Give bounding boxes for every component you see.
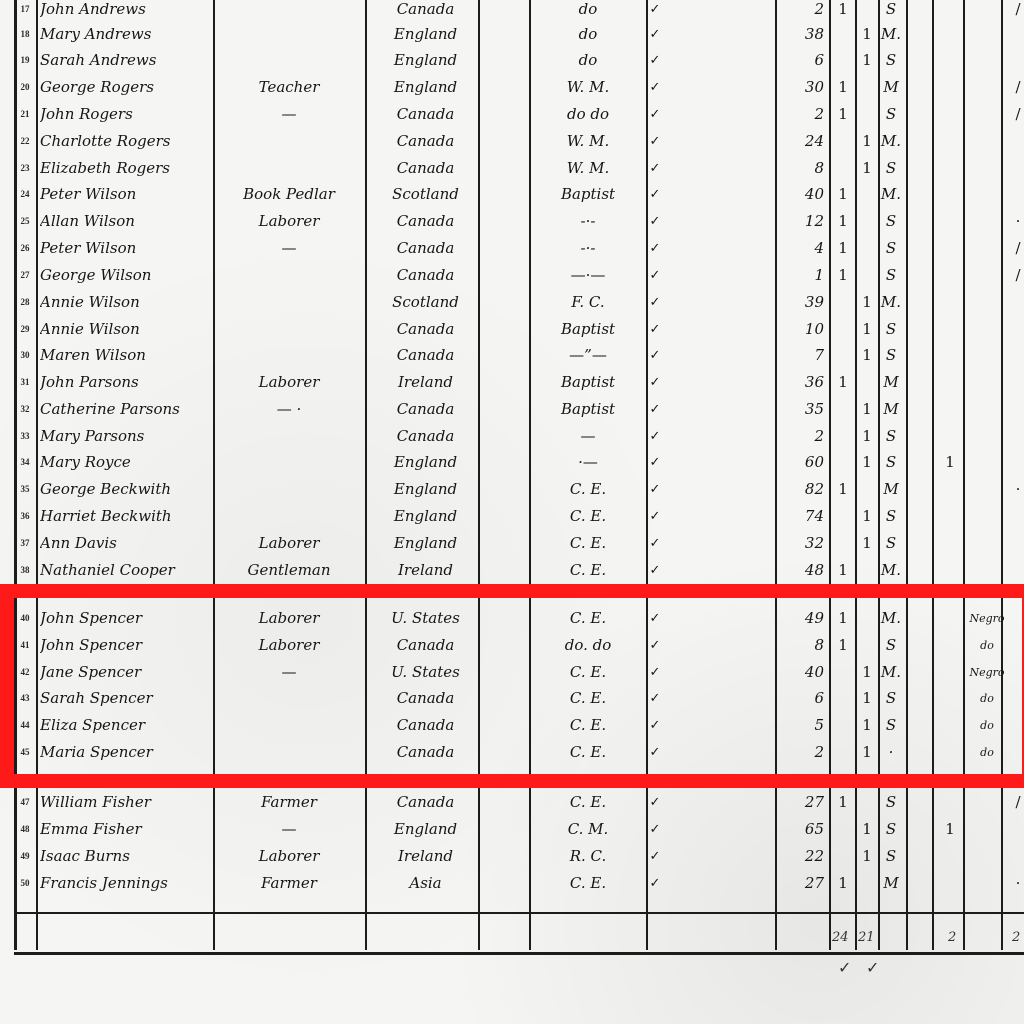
occupation-cell [214, 0, 364, 23]
female-tally-cell [856, 208, 878, 235]
name-cell: Peter Wilson [40, 181, 212, 208]
line-number-cell: 20 [16, 74, 34, 101]
female-tally-cell: 1 [856, 739, 878, 766]
male-tally-cell [832, 739, 854, 766]
edge-mark-cell: / [1012, 101, 1024, 128]
occupation-cell: Laborer [214, 530, 364, 557]
female-tally-cell: 1 [856, 843, 878, 870]
occupation-cell: Book Pedlar [214, 181, 364, 208]
name-cell: John Spencer [40, 632, 212, 659]
table-row: 50Francis JenningsFarmerAsiaC. E.✓271M· [0, 870, 1024, 897]
marital-status-cell: M. [880, 557, 902, 584]
name-cell: George Rogers [40, 74, 212, 101]
edge-mark-cell [1012, 843, 1024, 870]
line-number-cell: 40 [16, 605, 34, 632]
line-number-cell: 32 [16, 396, 34, 423]
table-row: 19Sarah AndrewsEnglanddo✓61S [0, 47, 1024, 74]
religion-cell: do do [532, 101, 644, 128]
edge-mark-cell [1012, 685, 1024, 712]
name-cell: Eliza Spencer [40, 712, 212, 739]
column-10-cell [935, 605, 965, 632]
check-mark-cell: ✓ [648, 605, 662, 632]
name-cell: Jane Spencer [40, 659, 212, 686]
origin-cell [967, 449, 1007, 476]
column-10-cell: 1 [935, 816, 965, 843]
line-number-cell: 37 [16, 530, 34, 557]
origin-cell [967, 47, 1007, 74]
female-tally-cell: 1 [856, 503, 878, 530]
male-tally-cell: 1 [832, 557, 854, 584]
edge-mark-cell [1012, 128, 1024, 155]
line-number-cell: 50 [16, 870, 34, 897]
column-10-cell [935, 423, 965, 450]
name-cell: George Wilson [40, 262, 212, 289]
female-tally-cell [856, 101, 878, 128]
origin-cell [967, 155, 1007, 182]
female-tally-cell [856, 262, 878, 289]
table-row: 30Maren WilsonCanada—”—✓71S [0, 342, 1024, 369]
occupation-cell: Gentleman [214, 557, 364, 584]
check-mark-cell: ✓ [648, 503, 662, 530]
marital-status-cell: S [880, 47, 902, 74]
column-10-cell [935, 632, 965, 659]
origin-cell [967, 21, 1007, 48]
check-mark-cell: ✓ [648, 843, 662, 870]
origin-cell [967, 816, 1007, 843]
male-tally-cell [832, 128, 854, 155]
name-cell: Francis Jennings [40, 870, 212, 897]
edge-mark-cell [1012, 816, 1024, 843]
table-row: 28Annie WilsonScotlandF. C.✓391M. [0, 289, 1024, 316]
marital-status-cell: S [880, 449, 902, 476]
male-tally-cell [832, 155, 854, 182]
occupation-cell [214, 128, 364, 155]
column-10-cell [935, 74, 965, 101]
age-cell: 10 [778, 316, 828, 343]
line-number-cell: 48 [16, 816, 34, 843]
age-cell: 38 [778, 21, 828, 48]
table-row: 29Annie WilsonCanadaBaptist✓101S [0, 316, 1024, 343]
birthplace-cell: Canada [368, 128, 483, 155]
age-cell: 12 [778, 208, 828, 235]
religion-cell: Baptist [532, 396, 644, 423]
column-10-cell [935, 128, 965, 155]
religion-cell: ·— [532, 449, 644, 476]
check-mark-cell: ✓ [648, 423, 662, 450]
birthplace-cell: England [368, 449, 483, 476]
female-tally-cell [856, 369, 878, 396]
line-number-cell: 30 [16, 342, 34, 369]
column-10-cell: 1 [935, 449, 965, 476]
origin-cell: Negro [967, 659, 1007, 686]
birthplace-cell: Canada [368, 423, 483, 450]
edge-mark-cell [1012, 530, 1024, 557]
rule-body-bottom [14, 912, 1024, 914]
occupation-cell: Laborer [214, 843, 364, 870]
age-cell: 82 [778, 476, 828, 503]
female-tally-cell: 1 [856, 530, 878, 557]
origin-cell [967, 289, 1007, 316]
table-row: 20George RogersTeacherEnglandW. M.✓301M/ [0, 74, 1024, 101]
age-cell: 1 [778, 262, 828, 289]
age-cell: 2 [778, 101, 828, 128]
occupation-cell [214, 155, 364, 182]
column-10-cell [935, 369, 965, 396]
female-tally-cell [856, 557, 878, 584]
female-tally-cell: 1 [856, 396, 878, 423]
name-cell: Sarah Spencer [40, 685, 212, 712]
birthplace-cell: England [368, 74, 483, 101]
name-cell: Peter Wilson [40, 235, 212, 262]
name-cell: Ann Davis [40, 530, 212, 557]
marital-status-cell: M [880, 476, 902, 503]
line-number-cell: 43 [16, 685, 34, 712]
religion-cell: W. M. [532, 128, 644, 155]
origin-cell [967, 262, 1007, 289]
religion-cell: -·- [532, 235, 644, 262]
occupation-cell: Farmer [214, 870, 364, 897]
male-tally-cell: 1 [832, 369, 854, 396]
religion-cell: R. C. [532, 843, 644, 870]
check-mark-cell: ✓ [648, 557, 662, 584]
name-cell: George Beckwith [40, 476, 212, 503]
marital-status-cell: M. [880, 659, 902, 686]
table-row: 25Allan WilsonLaborerCanada-·-✓121S· [0, 208, 1024, 235]
line-number-cell: 38 [16, 557, 34, 584]
occupation-cell [214, 503, 364, 530]
male-tally-cell [832, 423, 854, 450]
table-row: 35George BeckwithEnglandC. E.✓821M· [0, 476, 1024, 503]
name-cell: Catherine Parsons [40, 396, 212, 423]
female-tally-cell: 1 [856, 685, 878, 712]
origin-cell [967, 181, 1007, 208]
column-10-cell [935, 47, 965, 74]
line-number-cell: 24 [16, 181, 34, 208]
origin-cell [967, 476, 1007, 503]
edge-mark-cell: · [1012, 476, 1024, 503]
table-row: 21John Rogers—Canadado do✓21S/ [0, 101, 1024, 128]
table-row: 47William FisherFarmerCanadaC. E.✓271S/ [0, 789, 1024, 816]
religion-cell: C. E. [532, 530, 644, 557]
religion-cell: —”— [532, 342, 644, 369]
male-tally-cell [832, 449, 854, 476]
line-number-cell: 47 [16, 789, 34, 816]
female-tally-cell: 1 [856, 449, 878, 476]
religion-cell: C. E. [532, 605, 644, 632]
origin-cell [967, 128, 1007, 155]
male-tally-cell [832, 396, 854, 423]
occupation-cell [214, 449, 364, 476]
occupation-cell [214, 21, 364, 48]
birthplace-cell: Canada [368, 712, 483, 739]
edge-mark-cell: / [1012, 0, 1024, 23]
origin-cell [967, 557, 1007, 584]
origin-cell [967, 423, 1007, 450]
marital-status-cell: S [880, 0, 902, 23]
religion-cell: C. E. [532, 789, 644, 816]
religion-cell: C. E. [532, 739, 644, 766]
origin-cell [967, 208, 1007, 235]
occupation-cell [214, 262, 364, 289]
female-tally-cell: 1 [856, 316, 878, 343]
marital-status-cell: S [880, 712, 902, 739]
male-tally-cell: 1 [832, 208, 854, 235]
birthplace-cell: Canada [368, 155, 483, 182]
male-tally-cell [832, 530, 854, 557]
line-number-cell: 45 [16, 739, 34, 766]
check-mark-cell: ✓ [648, 74, 662, 101]
female-tally-cell [856, 632, 878, 659]
column-10-cell [935, 476, 965, 503]
origin-cell [967, 530, 1007, 557]
age-cell: 2 [778, 0, 828, 23]
religion-cell: C. E. [532, 476, 644, 503]
religion-cell: —·— [532, 262, 644, 289]
line-number-cell: 31 [16, 369, 34, 396]
edge-mark-cell: · [1012, 870, 1024, 897]
female-tally-cell: 1 [856, 21, 878, 48]
rule-page-bottom [14, 952, 1024, 955]
edge-mark-cell: / [1012, 262, 1024, 289]
marital-status-cell: S [880, 235, 902, 262]
age-cell: 40 [778, 659, 828, 686]
female-tally-cell [856, 235, 878, 262]
marital-status-cell: S [880, 789, 902, 816]
origin-cell [967, 396, 1007, 423]
check-mark-cell: ✓ [648, 342, 662, 369]
age-cell: 5 [778, 712, 828, 739]
check-mark-cell: ✓ [648, 262, 662, 289]
marital-status-cell: M. [880, 605, 902, 632]
male-tally-cell: 1 [832, 235, 854, 262]
check-mark-cell: ✓ [648, 712, 662, 739]
female-tally-cell: 1 [856, 816, 878, 843]
birthplace-cell: Canada [368, 208, 483, 235]
religion-cell: W. M. [532, 155, 644, 182]
column-10-cell [935, 789, 965, 816]
marital-status-cell: M. [880, 181, 902, 208]
origin-cell: do [967, 739, 1007, 766]
age-cell: 7 [778, 342, 828, 369]
check-mark-cell: ✓ [648, 155, 662, 182]
line-number-cell: 19 [16, 47, 34, 74]
column-10-cell [935, 712, 965, 739]
table-row: 32Catherine Parsons— ·CanadaBaptist✓351M [0, 396, 1024, 423]
birthplace-cell: Canada [368, 685, 483, 712]
age-cell: 48 [778, 557, 828, 584]
line-number-cell: 34 [16, 449, 34, 476]
name-cell: Mary Andrews [40, 21, 212, 48]
origin-cell: do [967, 685, 1007, 712]
table-row: 23Elizabeth RogersCanadaW. M.✓81S [0, 155, 1024, 182]
age-cell: 40 [778, 181, 828, 208]
religion-cell: Baptist [532, 369, 644, 396]
origin-cell [967, 789, 1007, 816]
table-row: 45Maria SpencerCanadaC. E.✓21·do [0, 739, 1024, 766]
table-row: 44Eliza SpencerCanadaC. E.✓51Sdo [0, 712, 1024, 739]
female-tally-cell: 1 [856, 423, 878, 450]
name-cell: Charlotte Rogers [40, 128, 212, 155]
check-mark-cell: ✓ [648, 476, 662, 503]
line-number-cell: 23 [16, 155, 34, 182]
table-row: 40John SpencerLaborerU. StatesC. E.✓491M… [0, 605, 1024, 632]
birthplace-cell: Scotland [368, 289, 483, 316]
occupation-cell [214, 712, 364, 739]
occupation-cell: Laborer [214, 632, 364, 659]
check-mark-cell: ✓ [648, 181, 662, 208]
line-number-cell: 17 [16, 0, 34, 23]
line-number-cell: 42 [16, 659, 34, 686]
line-number-cell: 21 [16, 101, 34, 128]
occupation-cell [214, 739, 364, 766]
marital-status-cell: S [880, 503, 902, 530]
check-mark-cell: ✓ [648, 789, 662, 816]
birthplace-cell: U. States [368, 605, 483, 632]
age-cell: 22 [778, 843, 828, 870]
religion-cell: do. do [532, 632, 644, 659]
marital-status-cell: S [880, 843, 902, 870]
female-tally-cell [856, 0, 878, 23]
edge-mark-cell: / [1012, 74, 1024, 101]
age-cell: 27 [778, 789, 828, 816]
male-tally-cell: 1 [832, 181, 854, 208]
religion-cell: C. E. [532, 557, 644, 584]
origin-cell [967, 235, 1007, 262]
marital-status-cell: S [880, 101, 902, 128]
marital-status-cell: S [880, 342, 902, 369]
check-mark-cell: ✓ [648, 816, 662, 843]
check-mark-cell: ✓ [648, 870, 662, 897]
line-number-cell: 33 [16, 423, 34, 450]
column-10-cell [935, 659, 965, 686]
column-10-cell [935, 503, 965, 530]
origin-cell [967, 101, 1007, 128]
occupation-cell [214, 342, 364, 369]
religion-cell: do [532, 21, 644, 48]
line-number-cell: 27 [16, 262, 34, 289]
table-row: 34Mary RoyceEngland·—✓601S1 [0, 449, 1024, 476]
age-cell: 65 [778, 816, 828, 843]
check-mark-cell: ✓ [648, 235, 662, 262]
marital-status-cell: · [880, 739, 902, 766]
birthplace-cell: Canada [368, 789, 483, 816]
occupation-cell [214, 316, 364, 343]
birthplace-cell: Ireland [368, 843, 483, 870]
male-tally-cell [832, 659, 854, 686]
check-mark-cell: ✓ [648, 316, 662, 343]
check-mark-cell: ✓ [648, 369, 662, 396]
birthplace-cell: Ireland [368, 369, 483, 396]
check-mark-cell: ✓ [648, 21, 662, 48]
male-tally-cell: 1 [832, 476, 854, 503]
male-tally-cell [832, 289, 854, 316]
check-mark-cell: ✓ [648, 289, 662, 316]
religion-cell: Baptist [532, 316, 644, 343]
table-row: 43Sarah SpencerCanadaC. E.✓61Sdo [0, 685, 1024, 712]
marital-status-cell: S [880, 423, 902, 450]
female-tally-cell [856, 181, 878, 208]
birthplace-cell: Canada [368, 632, 483, 659]
table-row: 18Mary AndrewsEnglanddo✓381M. [0, 21, 1024, 48]
female-tally-cell [856, 605, 878, 632]
male-tally-cell: 1 [832, 789, 854, 816]
occupation-cell [214, 289, 364, 316]
marital-status-cell: S [880, 632, 902, 659]
check-mark-cell: ✓ [648, 632, 662, 659]
table-row: 37Ann DavisLaborerEnglandC. E.✓321S [0, 530, 1024, 557]
age-cell: 2 [778, 739, 828, 766]
name-cell: Harriet Beckwith [40, 503, 212, 530]
edge-mark-cell [1012, 47, 1024, 74]
origin-cell [967, 843, 1007, 870]
column-10-cell [935, 235, 965, 262]
birthplace-cell: England [368, 816, 483, 843]
birthplace-cell: Canada [368, 235, 483, 262]
column-10-cell [935, 316, 965, 343]
name-cell: Maren Wilson [40, 342, 212, 369]
edge-mark-cell [1012, 503, 1024, 530]
male-tally-cell [832, 843, 854, 870]
male-tally-cell: 1 [832, 605, 854, 632]
check-mark-cell: ✓ [648, 685, 662, 712]
column-10-cell [935, 342, 965, 369]
table-row: 27George WilsonCanada—·—✓11S/ [0, 262, 1024, 289]
name-cell: John Rogers [40, 101, 212, 128]
table-row: 41John SpencerLaborerCanadado. do✓81Sdo [0, 632, 1024, 659]
age-cell: 36 [778, 369, 828, 396]
origin-cell: do [967, 712, 1007, 739]
tally-mark-1: ✓ [838, 958, 851, 977]
column-10-cell [935, 155, 965, 182]
female-tally-cell [856, 789, 878, 816]
name-cell: John Parsons [40, 369, 212, 396]
birthplace-cell: U. States [368, 659, 483, 686]
religion-cell: do [532, 47, 644, 74]
line-number-cell: 26 [16, 235, 34, 262]
male-tally-cell [832, 342, 854, 369]
table-row: 49Isaac BurnsLaborerIrelandR. C.✓221S [0, 843, 1024, 870]
line-number-cell: 18 [16, 21, 34, 48]
marital-status-cell: S [880, 685, 902, 712]
origin-cell [967, 74, 1007, 101]
origin-cell [967, 342, 1007, 369]
male-tally-cell [832, 47, 854, 74]
female-tally-cell: 1 [856, 342, 878, 369]
origin-cell [967, 503, 1007, 530]
check-mark-cell: ✓ [648, 659, 662, 686]
name-cell: Annie Wilson [40, 289, 212, 316]
line-number-cell: 28 [16, 289, 34, 316]
occupation-cell: Farmer [214, 789, 364, 816]
edge-mark-cell [1012, 739, 1024, 766]
age-cell: 6 [778, 685, 828, 712]
female-tally-cell: 1 [856, 128, 878, 155]
origin-cell [967, 369, 1007, 396]
table-row: 31John ParsonsLaborerIrelandBaptist✓361M [0, 369, 1024, 396]
name-cell: Elizabeth Rogers [40, 155, 212, 182]
check-mark-cell: ✓ [648, 47, 662, 74]
birthplace-cell: Canada [368, 316, 483, 343]
table-row: 36Harriet BeckwithEnglandC. E.✓741S [0, 503, 1024, 530]
occupation-cell: — [214, 235, 364, 262]
column-10-cell [935, 101, 965, 128]
religion-cell: Baptist [532, 181, 644, 208]
male-tally-cell: 1 [832, 101, 854, 128]
table-row: 48Emma Fisher—EnglandC. M.✓651S1 [0, 816, 1024, 843]
edge-mark-cell [1012, 155, 1024, 182]
age-cell: 39 [778, 289, 828, 316]
age-cell: 8 [778, 155, 828, 182]
